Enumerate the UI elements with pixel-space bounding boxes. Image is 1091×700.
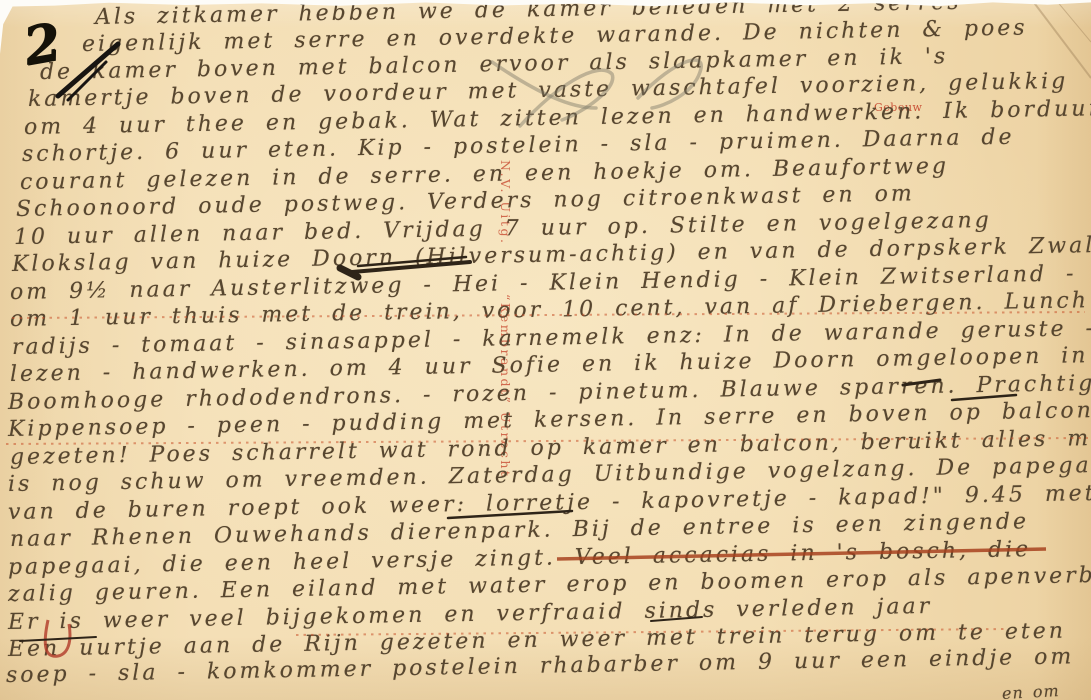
handwritten-message: Als zitkamer hebben we de kamer beneden … (0, 0, 1091, 700)
postcard-scan: 2 N.V. Uitg. “Rembrandt” Utrecht Gebouw … (0, 0, 1091, 700)
handwritten-line: en om (1001, 679, 1060, 700)
